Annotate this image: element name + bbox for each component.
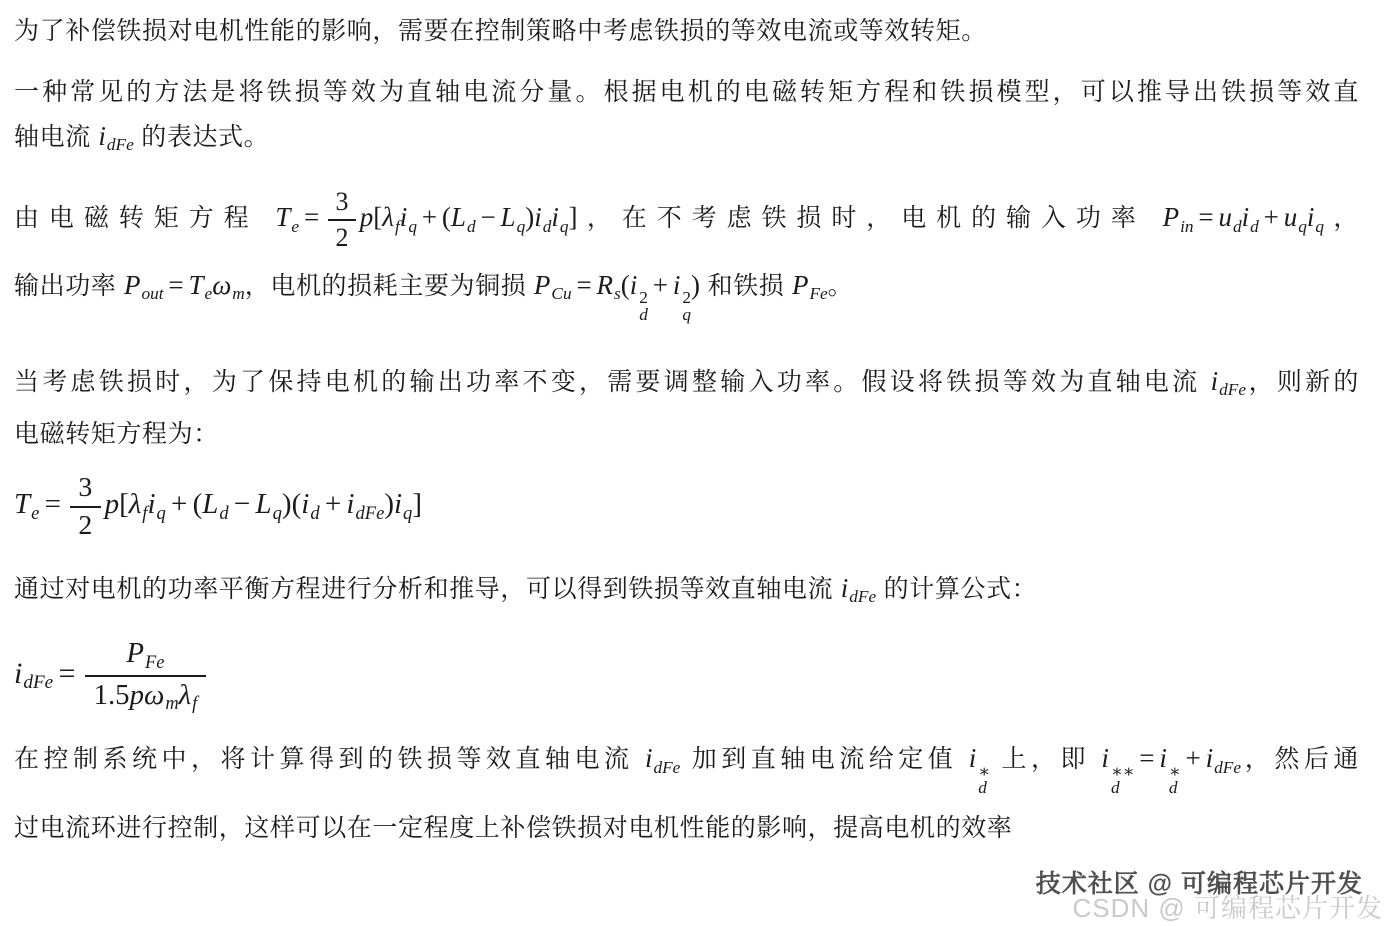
text-run: ，然后通 xyxy=(1241,745,1359,773)
text-line: 为了补偿铁损对电机性能的影响，需要在控制策略中考虑铁损的等效电流或等效转矩。 xyxy=(14,14,1359,49)
text-line: 由电磁转矩方程 Te=32p[λfiq+(Ld−Lq)idiq]，在不考虑铁损时… xyxy=(14,187,1359,253)
text-run: ， xyxy=(1324,204,1359,232)
text-run: 通过对电机的功率平衡方程进行分析和推导，可以得到铁损等效直轴电流 xyxy=(14,575,841,603)
text-run: 过电流环进行控制，这样可以在一定程度上补偿铁损对电机性能的影响，提高电机的效率 xyxy=(14,814,1012,842)
math-expression: idFe xyxy=(1211,366,1246,396)
text-run: 和铁损 xyxy=(700,272,792,300)
math-expression: i∗d xyxy=(969,743,990,773)
text-run: 由电磁转矩方程 xyxy=(14,204,275,232)
text-run: 电磁转矩方程为： xyxy=(14,420,219,448)
math-expression: idFe=PFe1.5pωmλf xyxy=(14,657,210,690)
text-run: 一种常见的方法是将铁损等效为直轴电流分量。根据电机的电磁转矩方程和铁损模型，可以… xyxy=(14,78,1359,106)
display-formula: idFe=PFe1.5pωmλf xyxy=(14,637,1359,714)
math-expression: Te=32p[λfiq+(Ld−Lq)(id+idFe)iq] xyxy=(14,488,422,520)
text-run: 当考虑铁损时，为了保持电机的输出功率不变，需要调整输入功率。假设将铁损等效为直轴… xyxy=(14,368,1211,396)
text-line: 电磁转矩方程为： xyxy=(14,417,1359,452)
math-expression: Te=32p[λfiq+(Ld−Lq)idiq] xyxy=(275,202,577,232)
text-run: 在控制系统中，将计算得到的铁损等效直轴电流 xyxy=(14,745,645,773)
math-expression: idFe xyxy=(98,121,133,151)
text-run: 输出功率 xyxy=(14,272,124,300)
document-page: 为了补偿铁损对电机性能的影响，需要在控制策略中考虑铁损的等效电流或等效转矩。一种… xyxy=(0,0,1385,926)
document-body: 为了补偿铁损对电机性能的影响，需要在控制策略中考虑铁损的等效电流或等效转矩。一种… xyxy=(14,14,1359,846)
math-expression: idFe xyxy=(645,743,680,773)
text-line: 输出功率 Pout=Teωm，电机的损耗主要为铜损 PCu=Rs(i2d+i2q… xyxy=(14,267,1359,323)
watermark-csdn-text: CSDN @ 可编程芯片开发 xyxy=(1072,888,1383,925)
text-run: ，电机的损耗主要为铜损 xyxy=(245,272,534,300)
math-expression: Pin=udid+uqiq xyxy=(1163,202,1324,232)
text-line: 当考虑铁损时，为了保持电机的输出功率不变，需要调整输入功率。假设将铁损等效为直轴… xyxy=(14,363,1359,402)
text-run: ，在不考虑铁损时，电机的输入功率 xyxy=(578,204,1163,232)
math-expression: Pout=Teωm xyxy=(124,270,245,300)
text-run: 上，即 xyxy=(990,745,1101,773)
text-run: 为了补偿铁损对电机性能的影响，需要在控制策略中考虑铁损的等效电流或等效转矩。 xyxy=(14,17,987,45)
text-run: 加到直轴电流给定值 xyxy=(680,745,968,773)
text-line: 通过对电机的功率平衡方程进行分析和推导，可以得到铁损等效直轴电流 idFe 的计… xyxy=(14,570,1359,609)
text-line: 过电流环进行控制，这样可以在一定程度上补偿铁损对电机性能的影响，提高电机的效率 xyxy=(14,811,1359,846)
text-run: 。 xyxy=(828,272,854,300)
display-formula: Te=32p[λfiq+(Ld−Lq)(id+idFe)iq] xyxy=(14,472,1359,542)
math-expression: PFe xyxy=(792,270,828,300)
math-expression: idFe xyxy=(841,573,876,603)
text-run: 的表达式。 xyxy=(134,123,270,151)
text-line: 在控制系统中，将计算得到的铁损等效直轴电流 idFe 加到直轴电流给定值 i∗d… xyxy=(14,740,1359,796)
math-expression: i∗∗d=i∗d+idFe xyxy=(1101,743,1241,773)
text-line: 一种常见的方法是将铁损等效为直轴电流分量。根据电机的电磁转矩方程和铁损模型，可以… xyxy=(14,75,1359,110)
text-run: 轴电流 xyxy=(14,123,98,151)
math-expression: PCu=Rs(i2d+i2q) xyxy=(534,270,700,300)
text-line: 轴电流 idFe 的表达式。 xyxy=(14,118,1359,157)
text-run: 的计算公式： xyxy=(876,575,1037,603)
text-run: ，则新的 xyxy=(1246,368,1359,396)
watermark-community-text: 技术社区 @ 可编程芯片开发 xyxy=(1036,864,1363,900)
